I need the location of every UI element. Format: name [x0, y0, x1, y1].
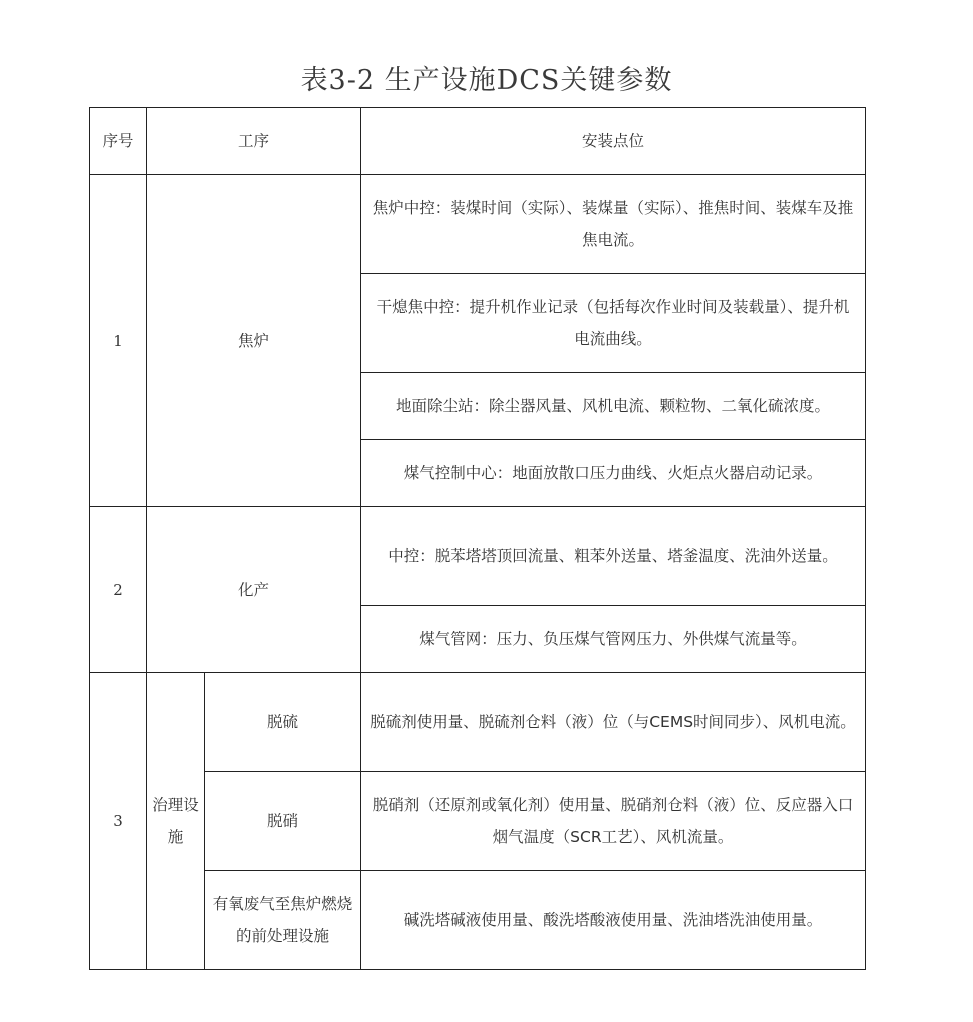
table-row: 3 治理设施 脱硫 脱硫剂使用量、脱硫剂仓料（液）位（与CEMS时间同步）、风机…	[90, 673, 866, 772]
row-process: 化产	[147, 507, 361, 673]
row-index: 1	[90, 175, 147, 507]
row-location: 脱硫剂使用量、脱硫剂仓料（液）位（与CEMS时间同步）、风机电流。	[361, 673, 866, 772]
row-location: 煤气管网：压力、负压煤气管网压力、外供煤气流量等。	[361, 606, 866, 673]
row-process: 治理设施	[147, 673, 205, 970]
row-subprocess: 脱硝	[205, 772, 361, 871]
table-row: 1 焦炉 焦炉中控：装煤时间（实际）、装煤量（实际）、推焦时间、装煤车及推焦电流…	[90, 175, 866, 274]
row-process: 焦炉	[147, 175, 361, 507]
row-index: 3	[90, 673, 147, 970]
row-location: 煤气控制中心：地面放散口压力曲线、火炬点火器启动记录。	[361, 440, 866, 507]
table-row: 脱硝 脱硝剂（还原剂或氧化剂）使用量、脱硝剂仓料（液）位、反应器入口烟气温度（S…	[90, 772, 866, 871]
row-subprocess: 有氧废气至焦炉燃烧的前处理设施	[205, 871, 361, 970]
row-location: 干熄焦中控：提升机作业记录（包括每次作业时间及装载量）、提升机电流曲线。	[361, 274, 866, 373]
row-location: 脱硝剂（还原剂或氧化剂）使用量、脱硝剂仓料（液）位、反应器入口烟气温度（SCR工…	[361, 772, 866, 871]
header-index: 序号	[90, 108, 147, 175]
row-subprocess: 脱硫	[205, 673, 361, 772]
row-location: 碱洗塔碱液使用量、酸洗塔酸液使用量、洗油塔洗油使用量。	[361, 871, 866, 970]
row-index: 2	[90, 507, 147, 673]
table-row: 2 化产 中控：脱苯塔塔顶回流量、粗苯外送量、塔釜温度、洗油外送量。	[90, 507, 866, 606]
table-title: 表3-2 生产设施DCS关键参数	[0, 58, 973, 97]
header-row: 序号 工序 安装点位	[90, 108, 866, 175]
dcs-parameters-table: 序号 工序 安装点位 1 焦炉 焦炉中控：装煤时间（实际）、装煤量（实际）、推焦…	[89, 107, 866, 970]
table-row: 有氧废气至焦炉燃烧的前处理设施 碱洗塔碱液使用量、酸洗塔酸液使用量、洗油塔洗油使…	[90, 871, 866, 970]
row-location: 中控：脱苯塔塔顶回流量、粗苯外送量、塔釜温度、洗油外送量。	[361, 507, 866, 606]
header-location: 安装点位	[361, 108, 866, 175]
row-location: 地面除尘站：除尘器风量、风机电流、颗粒物、二氧化硫浓度。	[361, 373, 866, 440]
row-location: 焦炉中控：装煤时间（实际）、装煤量（实际）、推焦时间、装煤车及推焦电流。	[361, 175, 866, 274]
header-process: 工序	[147, 108, 361, 175]
